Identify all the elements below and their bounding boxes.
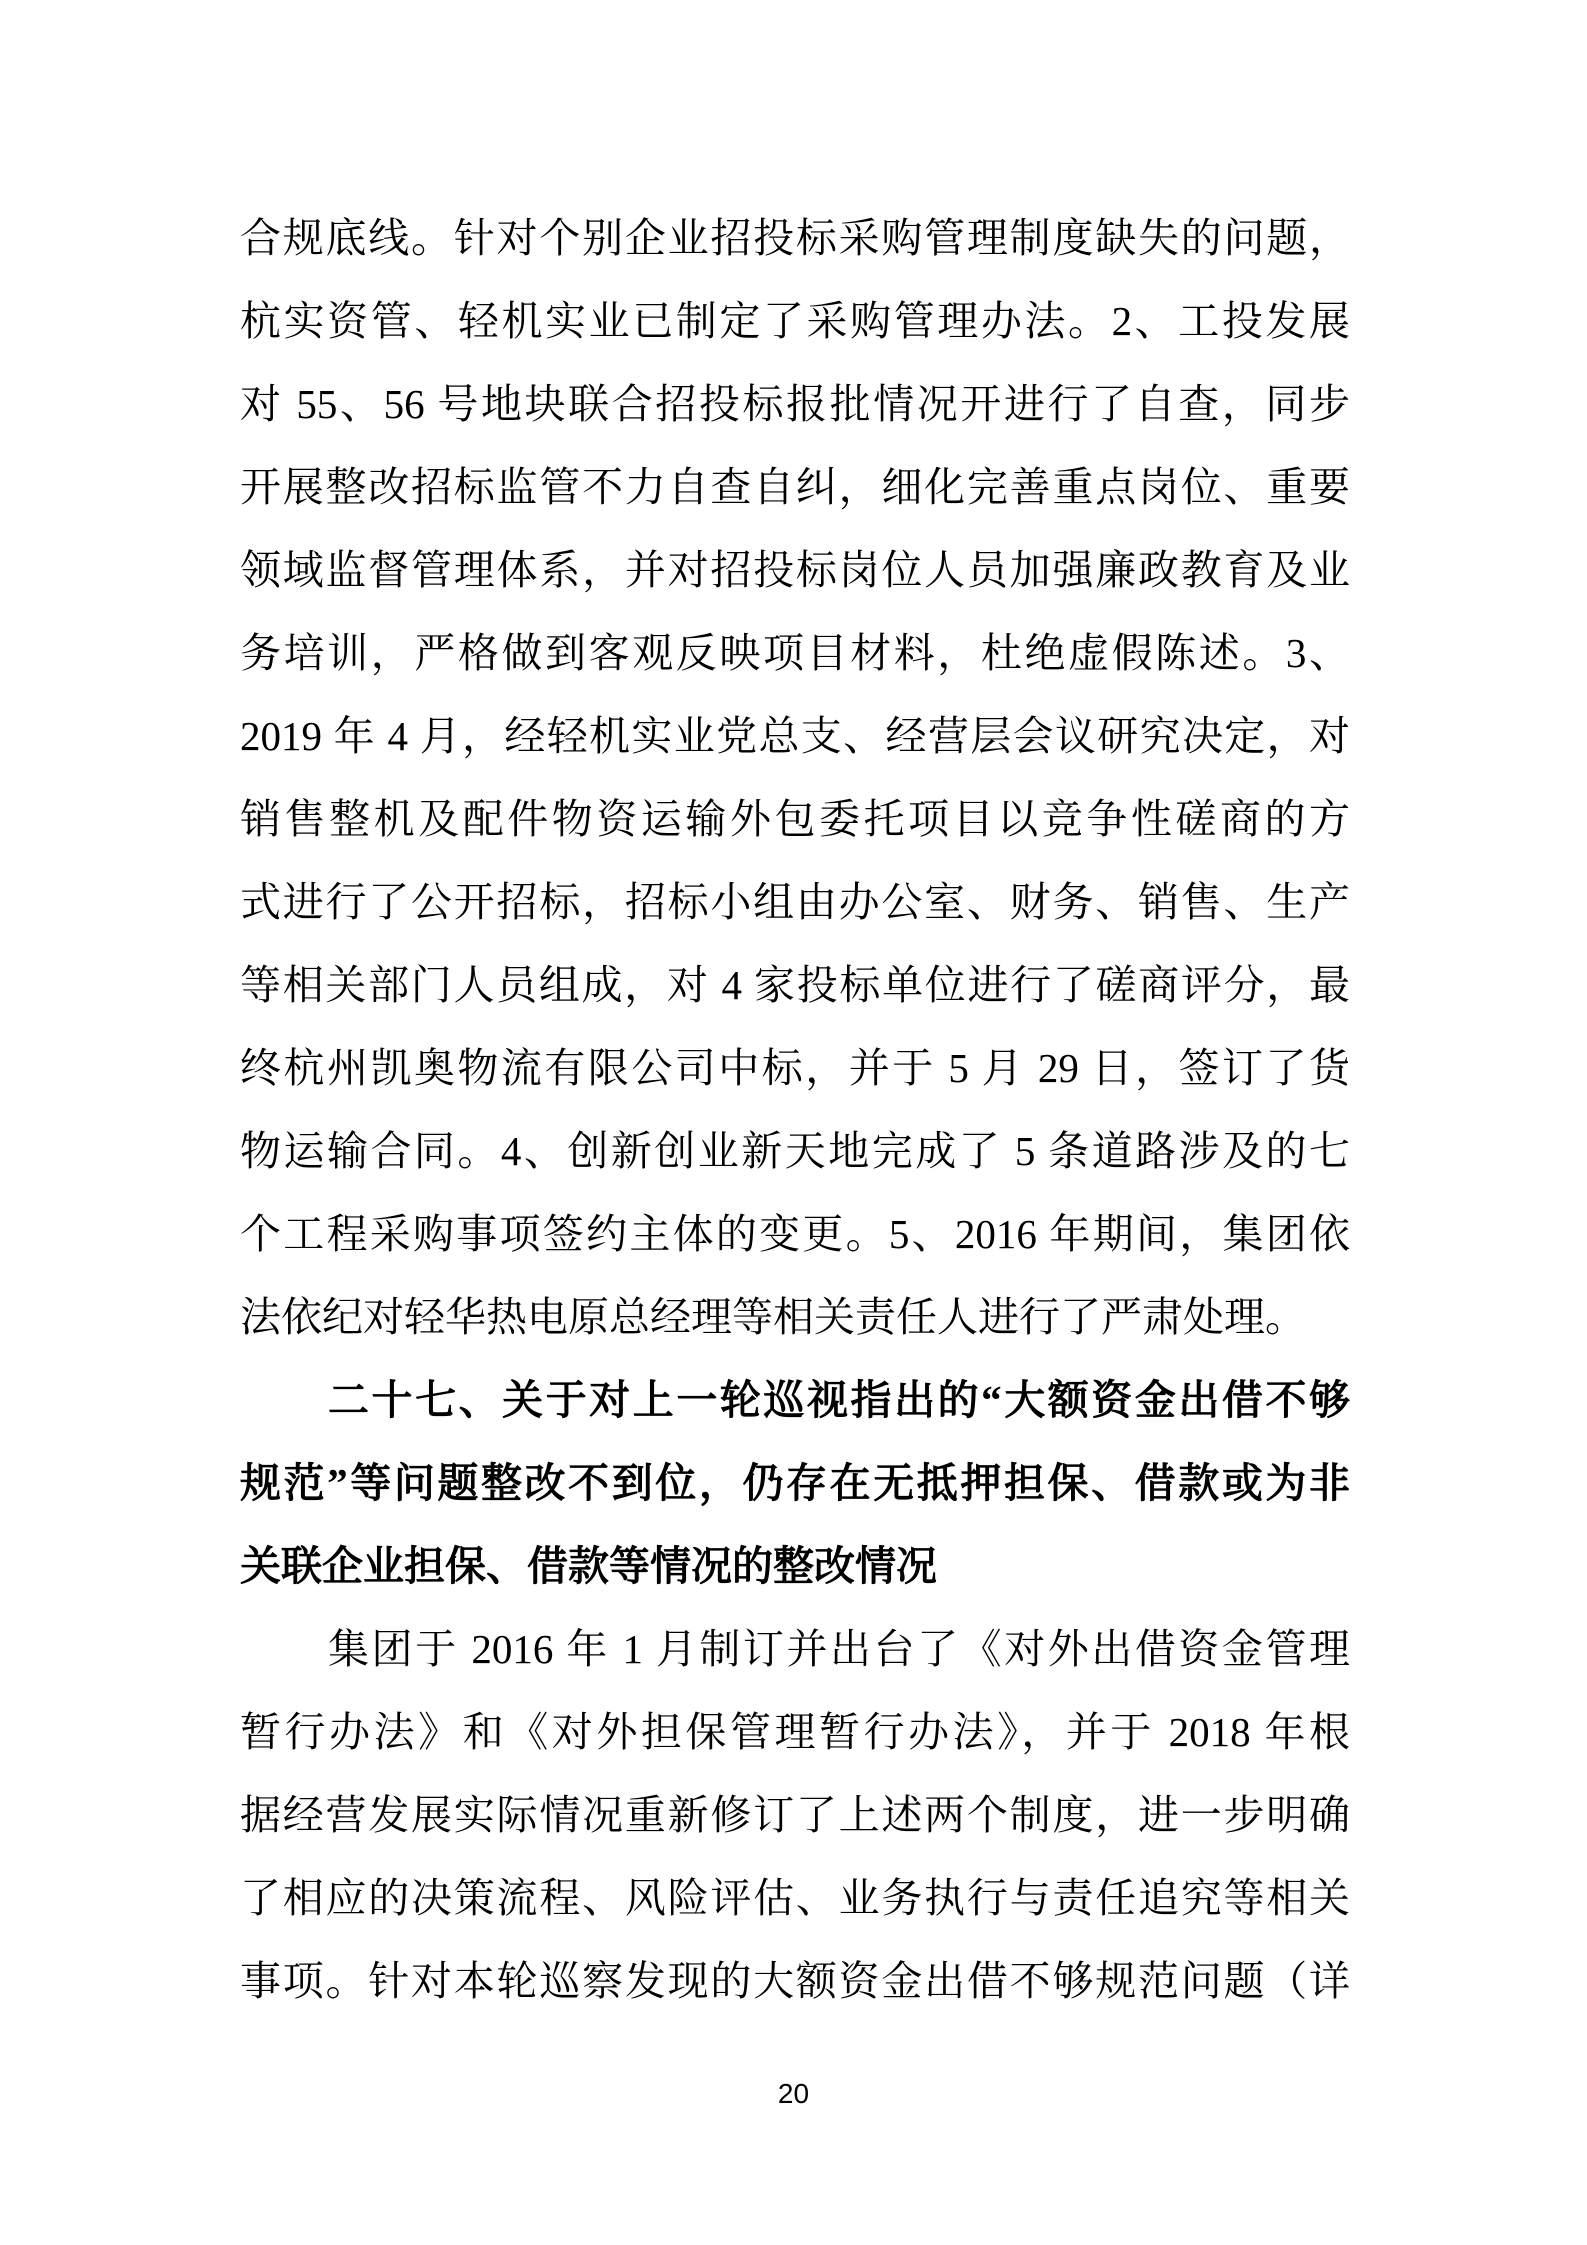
document-page: 合规底线。针对个别企业招投标采购管理制度缺失的问题， 杭实资管、轻机实业已制定了… [0, 0, 1587, 2245]
heading-line: 二十七、关于对上一轮巡视指出的“大额资金出借不够 [240, 1359, 1350, 1442]
text-line: 销售整机及配件物资运输外包委托项目以竞争性磋商的方 [240, 778, 1350, 861]
paragraph-continuation: 合规底线。针对个别企业招投标采购管理制度缺失的问题， 杭实资管、轻机实业已制定了… [240, 197, 1350, 1359]
text-line: 对 55、56 号地块联合招投标报批情况开进行了自查，同步 [240, 363, 1350, 446]
text-line: 物运输合同。4、创新创业新天地完成了 5 条道路涉及的七 [240, 1110, 1350, 1193]
text-line: 领域监督管理体系，并对招投标岗位人员加强廉政教育及业 [240, 529, 1350, 612]
document-body: 合规底线。针对个别企业招投标采购管理制度缺失的问题， 杭实资管、轻机实业已制定了… [240, 197, 1350, 2023]
page-number: 20 [0, 2078, 1587, 2110]
text-line: 式进行了公开招标，招标小组由办公室、财务、销售、生产 [240, 861, 1350, 944]
text-line: 等相关部门人员组成，对 4 家投标单位进行了磋商评分，最 [240, 944, 1350, 1027]
text-line: 务培训，严格做到客观反映项目材料，杜绝虚假陈述。3、 [240, 612, 1350, 695]
section-heading: 二十七、关于对上一轮巡视指出的“大额资金出借不够 规范”等问题整改不到位，仍存在… [240, 1359, 1350, 1608]
text-line: 了相应的决策流程、风险评估、业务执行与责任追究等相关 [240, 1857, 1350, 1940]
text-line: 事项。针对本轮巡察发现的大额资金出借不够规范问题（详 [240, 1940, 1350, 2023]
heading-line: 规范”等问题整改不到位，仍存在无抵押担保、借款或为非 [240, 1442, 1350, 1525]
text-line: 法依纪对轻华热电原总经理等相关责任人进行了严肃处理。 [240, 1276, 1350, 1359]
paragraph: 集团于 2016 年 1 月制订并出台了《对外出借资金管理 暂行办法》和《对外担… [240, 1608, 1350, 2023]
text-line: 开展整改招标监管不力自查自纠，细化完善重点岗位、重要 [240, 446, 1350, 529]
text-line: 据经营发展实际情况重新修订了上述两个制度，进一步明确 [240, 1774, 1350, 1857]
heading-line: 关联企业担保、借款等情况的整改情况 [240, 1525, 1350, 1608]
text-line: 2019 年 4 月，经轻机实业党总支、经营层会议研究决定，对 [240, 695, 1350, 778]
text-line: 个工程采购事项签约主体的变更。5、2016 年期间，集团依 [240, 1193, 1350, 1276]
text-line: 杭实资管、轻机实业已制定了采购管理办法。2、工投发展 [240, 280, 1350, 363]
text-line: 集团于 2016 年 1 月制订并出台了《对外出借资金管理 [240, 1608, 1350, 1691]
text-line: 暂行办法》和《对外担保管理暂行办法》，并于 2018 年根 [240, 1691, 1350, 1774]
text-line: 合规底线。针对个别企业招投标采购管理制度缺失的问题， [240, 197, 1350, 280]
text-line: 终杭州凯奥物流有限公司中标，并于 5 月 29 日，签订了货 [240, 1027, 1350, 1110]
